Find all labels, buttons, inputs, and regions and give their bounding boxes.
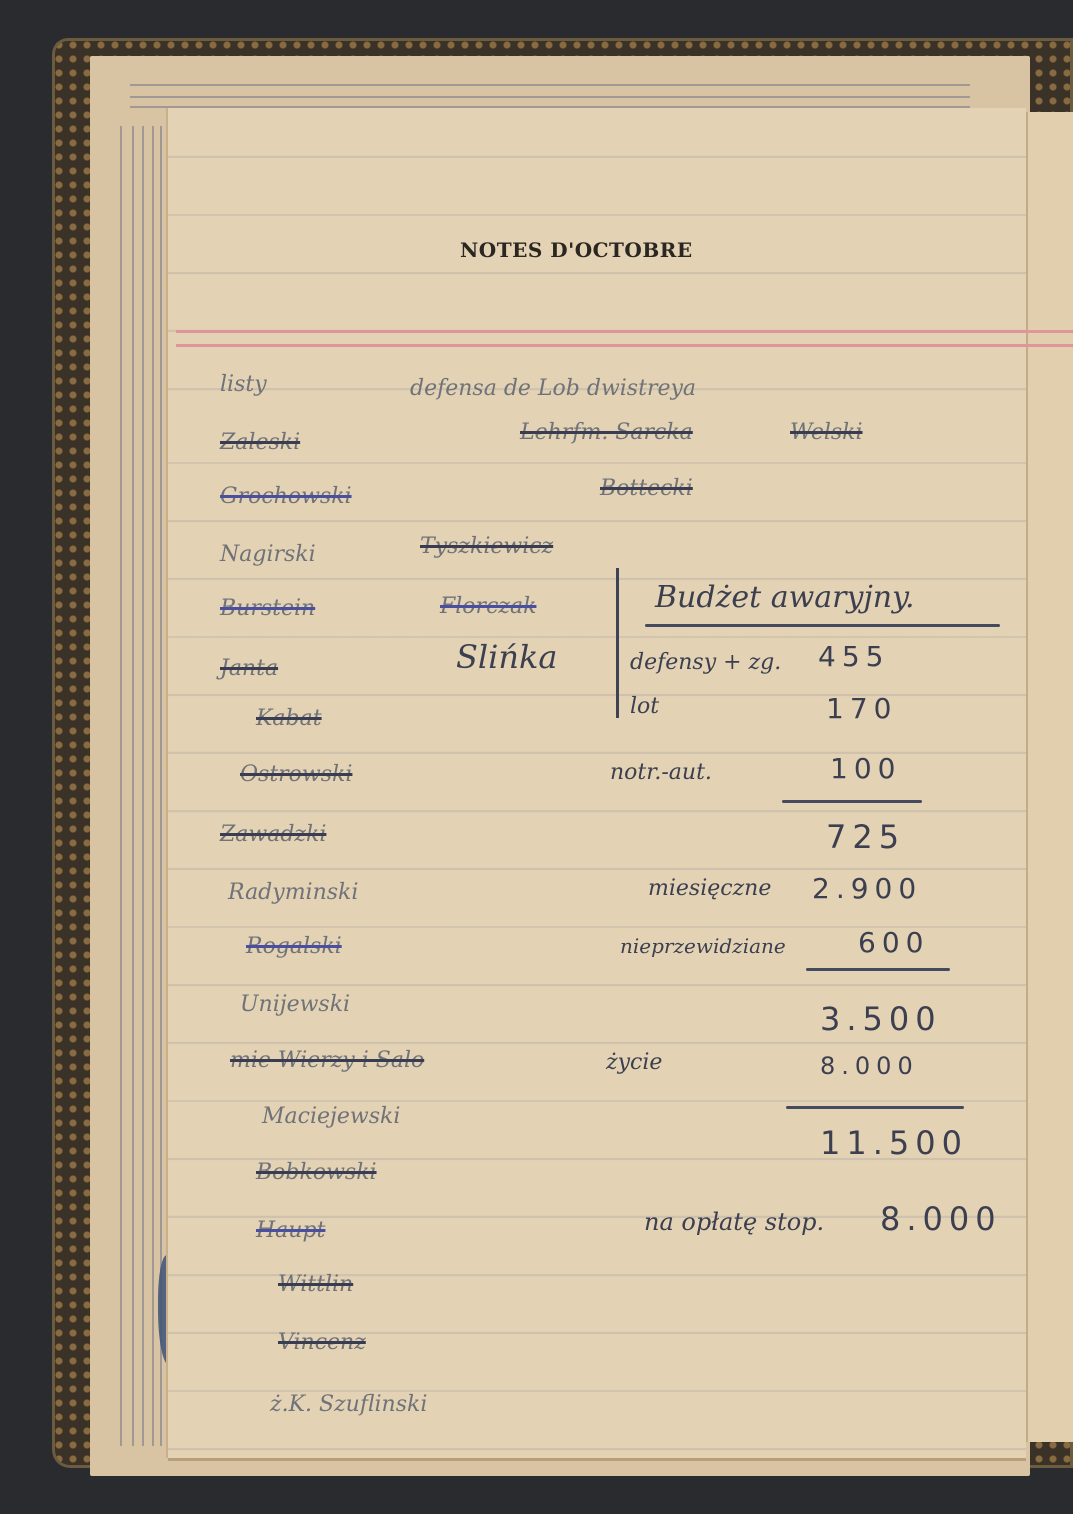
name-entry: listy: [220, 372, 267, 397]
name-entry: mie Wierzy i Salo: [230, 1048, 424, 1073]
budget-label: notr.-aut.: [610, 760, 712, 785]
middle-entry: Florczak: [440, 594, 536, 619]
name-entry: Rogalski: [246, 934, 342, 959]
note-entry: Lehrfm. Sarcka: [520, 420, 693, 445]
page-edge: [130, 96, 970, 98]
middle-entry: Slińka: [456, 638, 557, 676]
margin-red-line: [176, 344, 1073, 347]
budget-value: 8.000: [820, 1052, 919, 1080]
note-entry: Welski: [790, 420, 863, 445]
name-entry: Radyminski: [228, 880, 358, 905]
subtotal: 3.500: [820, 1000, 942, 1038]
budget-label: życie: [606, 1050, 662, 1075]
budget-value: 455: [818, 640, 889, 673]
page-edge: [130, 84, 970, 86]
note-entry: defensa de Lob dwistreya: [410, 376, 696, 401]
name-entry: Zawadzki: [220, 822, 326, 847]
heading-underline: [645, 624, 1000, 627]
sum-line: [806, 968, 950, 971]
budget-value: 600: [858, 926, 929, 959]
name-entry: Janta: [220, 656, 278, 681]
budget-label: defensy + zg.: [630, 650, 781, 675]
name-entry: Ostrowski: [240, 762, 352, 787]
page-edge: [142, 126, 144, 1446]
name-entry: Unijewski: [240, 992, 350, 1017]
facing-page: [1026, 112, 1073, 1442]
name-entry: ż.K. Szuflinski: [270, 1392, 427, 1417]
sum-line: [782, 800, 922, 803]
page-edge: [120, 126, 122, 1446]
budget-value: 100: [830, 752, 901, 785]
footer-label: na opłatę stop.: [644, 1208, 824, 1236]
name-entry: Burstein: [220, 596, 315, 621]
page-edge: [132, 126, 134, 1446]
name-entry: Maciejewski: [262, 1104, 400, 1129]
total: 11.500: [820, 1124, 968, 1162]
page-edge: [152, 126, 154, 1446]
sum-line: [786, 1106, 964, 1109]
note-entry: Bottecki: [600, 476, 693, 501]
budget-value: 170: [826, 692, 897, 725]
budget-value: 2.900: [812, 872, 922, 905]
budget-divider: [616, 568, 619, 718]
budget-label: miesięczne: [648, 876, 771, 901]
name-entry: Kabat: [256, 706, 322, 731]
page-title: NOTES D'OCTOBRE: [460, 238, 693, 262]
margin-red-line: [176, 330, 1073, 333]
subtotal: 725: [826, 818, 905, 856]
middle-entry: Tyszkiewicz: [420, 534, 553, 559]
name-entry: Wittlin: [278, 1272, 353, 1297]
name-entry: Nagirski: [220, 542, 316, 567]
name-entry: Grochowski: [220, 484, 352, 509]
name-entry: Zaleski: [220, 430, 300, 455]
page-edge: [160, 126, 162, 1446]
budget-heading: Budżet awaryjny.: [655, 580, 915, 615]
footer-value: 8.000: [880, 1200, 1002, 1238]
budget-label: lot: [630, 694, 659, 719]
budget-label: nieprzewidziane: [620, 934, 786, 958]
name-entry: Vincenz: [278, 1330, 366, 1355]
name-entry: Bobkowski: [256, 1160, 377, 1185]
name-entry: Haupt: [256, 1218, 325, 1243]
